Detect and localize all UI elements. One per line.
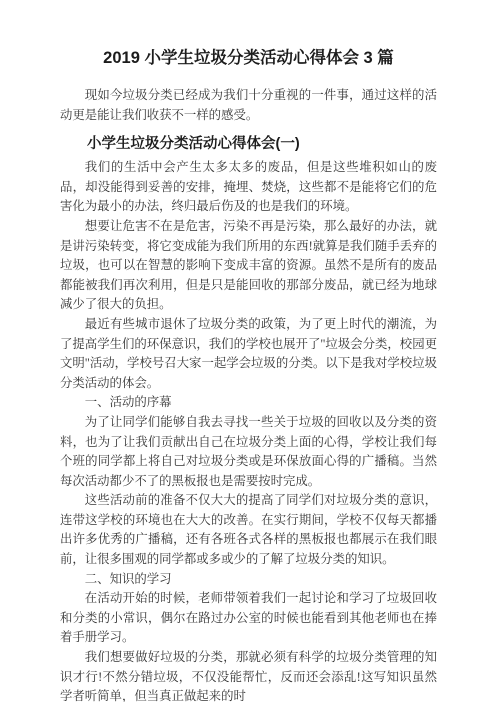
paragraph: 一、活动的序幕 — [60, 393, 437, 413]
paragraph: 二、知识的学习 — [60, 570, 437, 590]
paragraph: 这些活动前的准备不仅大大的提高了同学们对垃圾分类的意识，连带这学校的环境也在大大… — [60, 491, 437, 569]
paragraph: 在活动开始的时候，老师带领着我们一起讨论和学习了垃圾回收和分类的小常识，偶尔在路… — [60, 589, 437, 648]
document-page: 2019 小学生垃圾分类活动心得体会 3 篇 现如今垃圾分类已经成为我们十分重视… — [0, 0, 496, 702]
paragraph: 我们想要做好垃圾的分类，那就必须有科学的垃圾分类管理的知识才行!不然分错垃圾，不… — [60, 648, 437, 702]
paragraph: 最近有些城市退休了垃圾分类的政策，为了更上时代的潮流，为了提高学生们的环保意识，… — [60, 315, 437, 393]
paragraph: 现如今垃圾分类已经成为我们十分重视的一件事，通过这样的活动更是能让我们收获不一样… — [60, 86, 437, 125]
paragraph: 为了让同学们能够自我去寻找一些关于垃圾的回收以及分类的资料，也为了让我们贡献出自… — [60, 413, 437, 491]
document-body: 现如今垃圾分类已经成为我们十分重视的一件事，通过这样的活动更是能让我们收获不一样… — [60, 86, 437, 702]
paragraph: 我们的生活中会产生太多太多的废品，但是这些堆积如山的废品，却没能得到妥善的安排，… — [60, 158, 437, 217]
paragraph: 想要让危害不在是危害，污染不再是污染，那么最好的办法，就是讲污染转变，将它变成能… — [60, 217, 437, 315]
document-title: 2019 小学生垃圾分类活动心得体会 3 篇 — [60, 46, 437, 70]
section-heading: 小学生垃圾分类活动心得体会(一) — [60, 134, 437, 155]
